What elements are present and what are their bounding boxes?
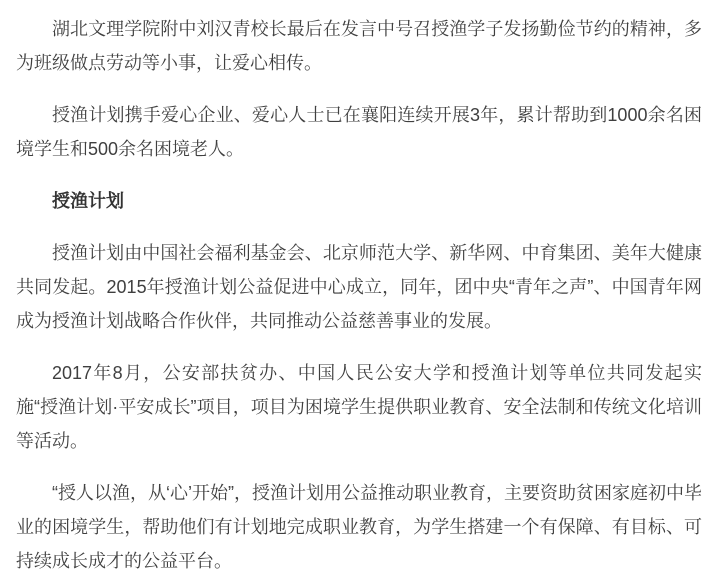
paragraph-2017-project: 2017年8月，公安部扶贫办、中国人民公安大学和授渔计划等单位共同发起实施“授渔… — [16, 356, 702, 458]
paragraph-program-mission: “授人以渔，从‘心’开始”，授渔计划用公益推动职业教育，主要资助贫困家庭初中毕业… — [16, 476, 702, 578]
paragraph-program-results: 授渔计划携手爱心企业、爱心人士已在襄阳连续开展3年，累计帮助到1000余名困境学… — [16, 98, 702, 166]
section-heading-shouyu-plan: 授渔计划 — [16, 184, 702, 218]
paragraph-school-speech: 湖北文理学院附中刘汉青校长最后在发言中号召授渔学子发扬勤俭节约的精神，多为班级做… — [16, 12, 702, 80]
article-body: 湖北文理学院附中刘汉青校长最后在发言中号召授渔学子发扬勤俭节约的精神，多为班级做… — [0, 0, 716, 578]
paragraph-program-founders: 授渔计划由中国社会福利基金会、北京师范大学、新华网、中育集团、美年大健康共同发起… — [16, 236, 702, 338]
